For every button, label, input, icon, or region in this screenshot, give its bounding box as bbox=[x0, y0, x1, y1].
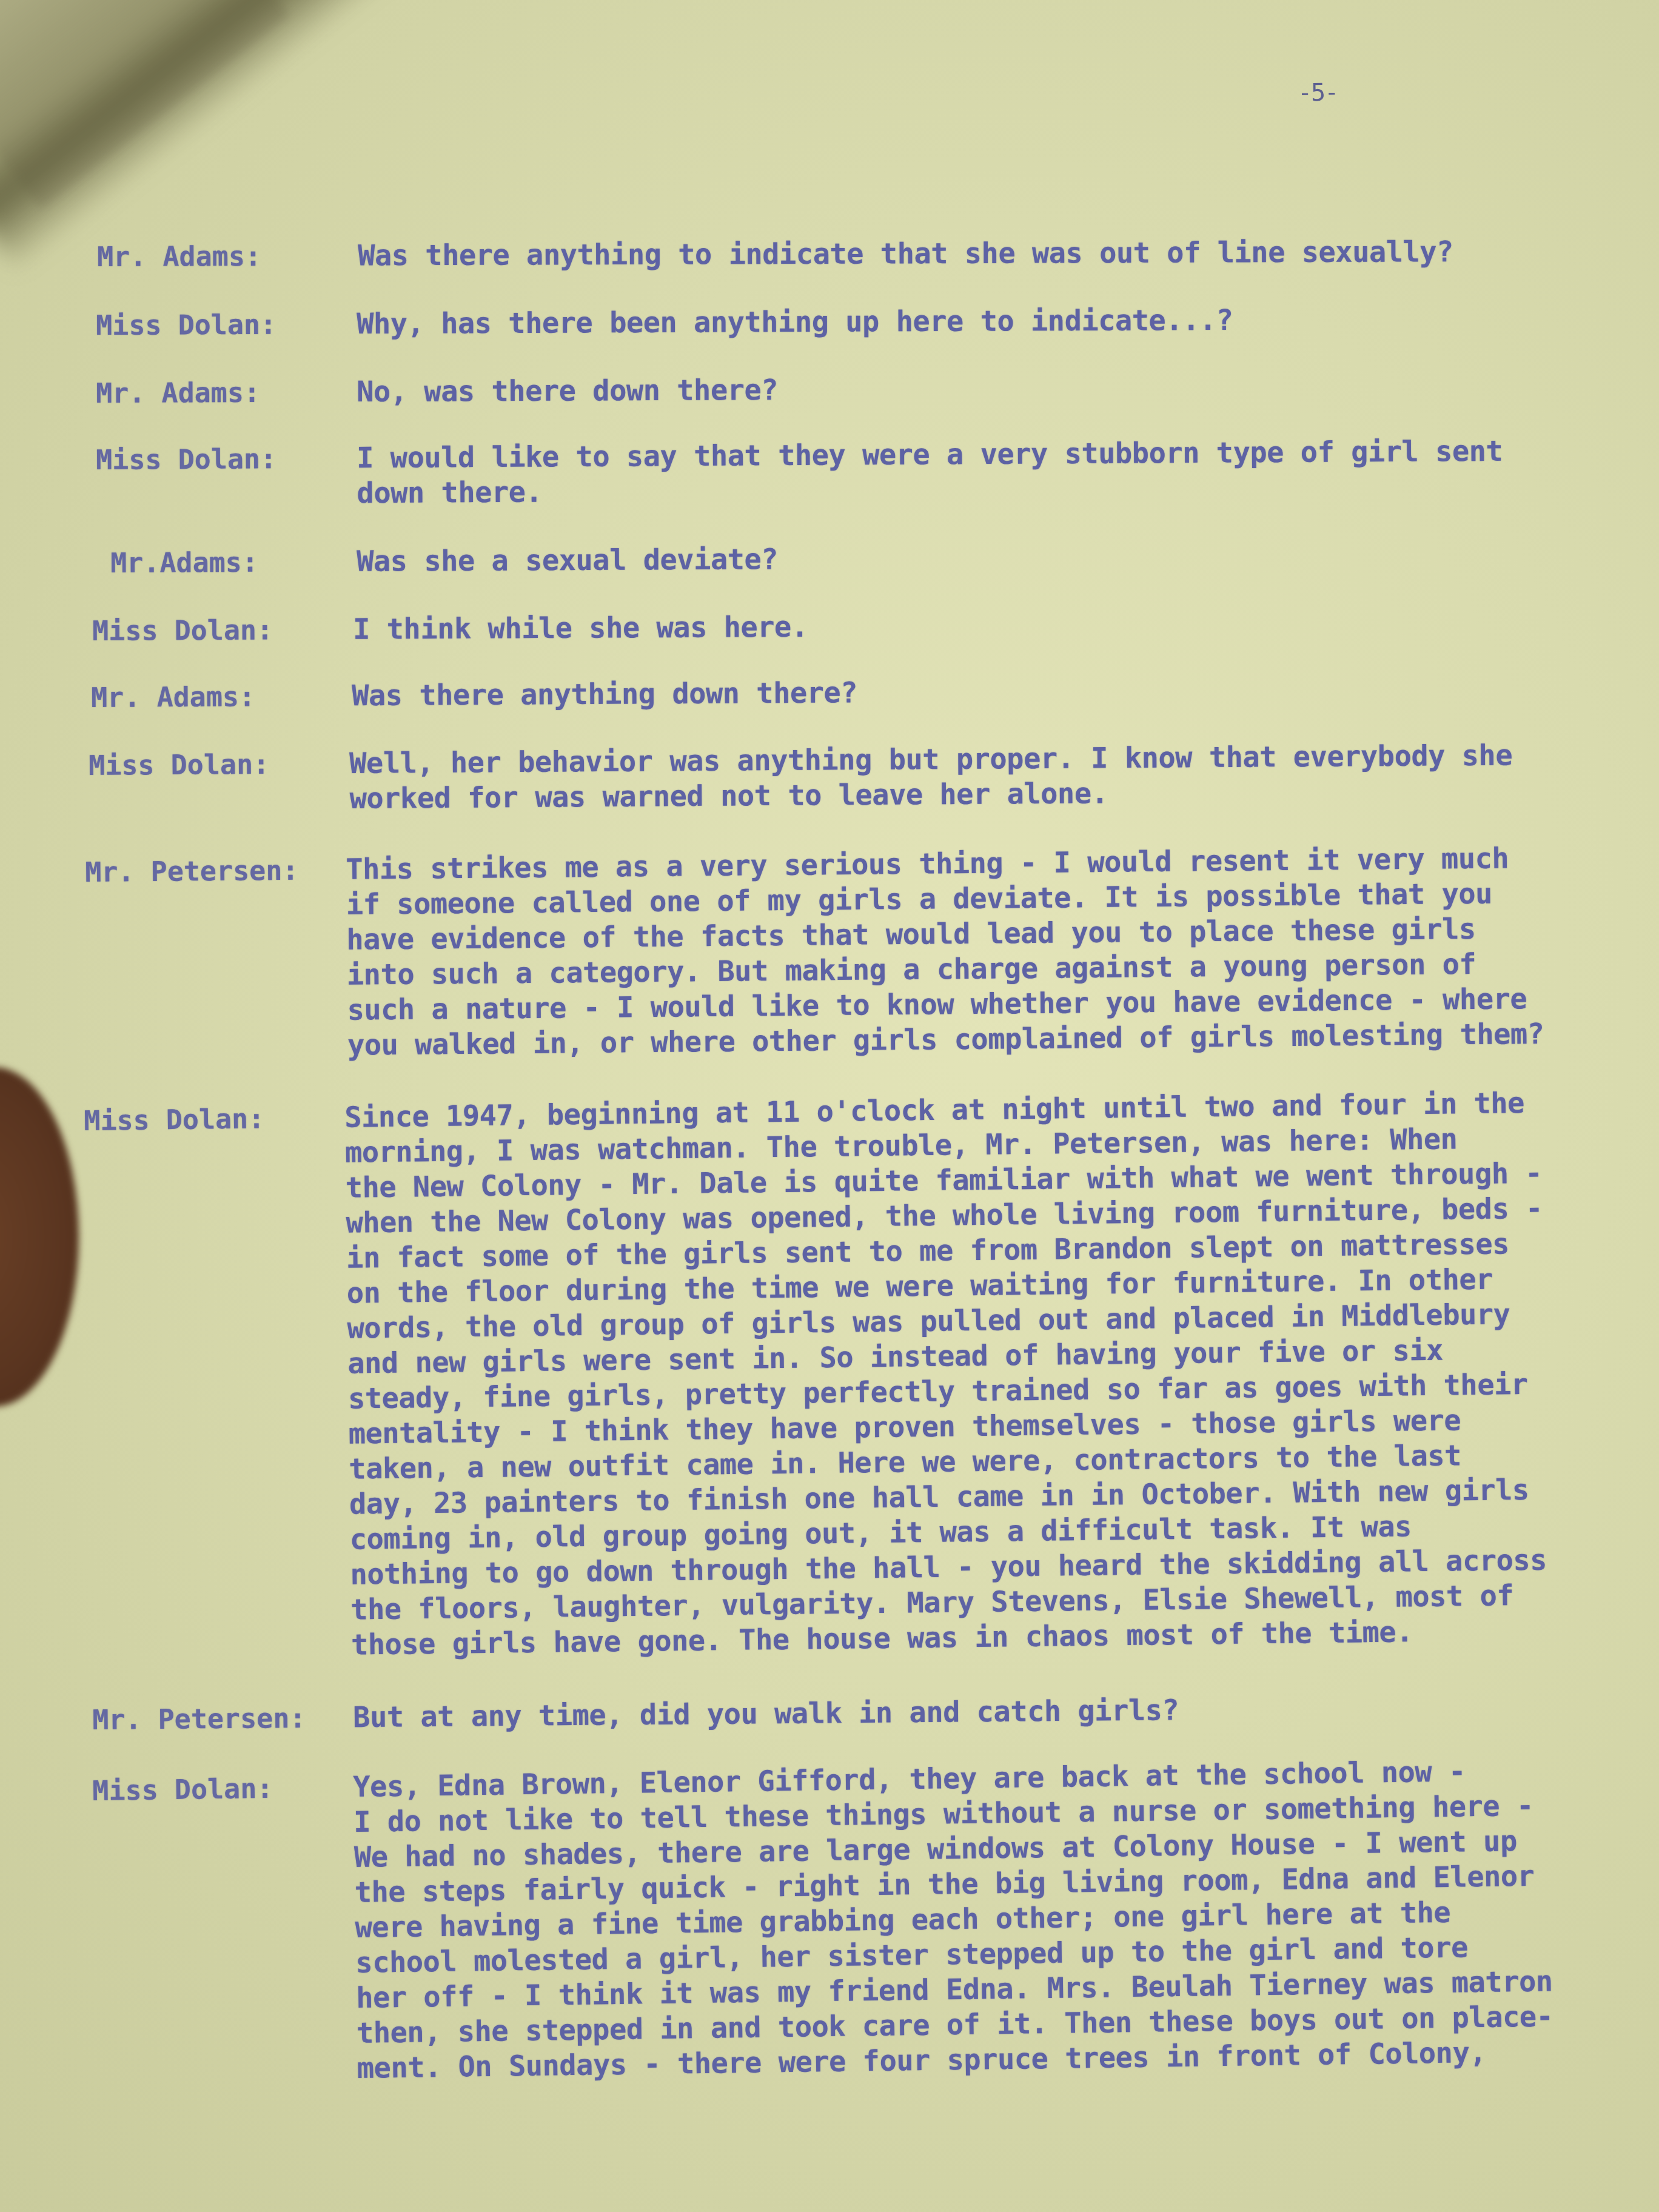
transcript-entry: Miss Dolan: Well, her behavior was anyth… bbox=[89, 737, 1623, 819]
speaker-label: Mr.Adams: bbox=[110, 545, 357, 581]
speaker-label: Mr. Adams: bbox=[91, 679, 352, 716]
speech-text: Well, her behavior was anything but prop… bbox=[349, 737, 1623, 817]
speaker-label: Miss Dolan: bbox=[96, 441, 357, 513]
transcript-entry: Miss Dolan: Why, has there been anything… bbox=[96, 301, 1630, 343]
speaker-label: Mr. Petersen: bbox=[92, 1700, 353, 1738]
speech-text: Was she a sexual deviate? bbox=[357, 538, 1630, 580]
speaker-label: Miss Dolan: bbox=[92, 1770, 357, 2090]
speech-text: I think while she was here. bbox=[353, 606, 1626, 648]
transcript-entry: Mr. Adams: Was there anything to indicat… bbox=[97, 234, 1631, 275]
transcript-entry: Mr. Petersen: This strikes me as a very … bbox=[85, 840, 1621, 1066]
speech-text: I would like to say that they were a ver… bbox=[357, 434, 1631, 512]
transcript-entry: Miss Dolan: Yes, Edna Brown, Elenor Giff… bbox=[92, 1752, 1631, 2090]
speaker-label: Mr. Adams: bbox=[96, 375, 357, 411]
speech-text: Yes, Edna Brown, Elenor Gifford, they ar… bbox=[353, 1752, 1631, 2086]
speech-text: Why, has there been anything up here to … bbox=[357, 301, 1630, 342]
speaker-label: Miss Dolan: bbox=[84, 1101, 351, 1666]
speech-text: This strikes me as a very serious thing … bbox=[346, 840, 1621, 1064]
speech-text: Was there anything to indicate that she … bbox=[358, 234, 1631, 273]
transcript-entry: Miss Dolan: Since 1947, beginning at 11 … bbox=[84, 1085, 1624, 1666]
speaker-label: Miss Dolan: bbox=[89, 746, 350, 819]
speaker-label: Miss Dolan: bbox=[92, 612, 353, 649]
speaker-label: Mr. Petersen: bbox=[85, 853, 347, 1066]
transcript-entry: Mr. Adams: No, was there down there? bbox=[96, 369, 1630, 411]
page-number: -5- bbox=[1298, 78, 1338, 107]
speaker-label: Miss Dolan: bbox=[96, 307, 357, 343]
transcript-entry: Miss Dolan: I would like to say that the… bbox=[96, 434, 1631, 513]
speech-text: No, was there down there? bbox=[357, 369, 1630, 410]
speech-text: Since 1947, beginning at 11 o'clock at n… bbox=[344, 1085, 1624, 1663]
speaker-label: Mr. Adams: bbox=[97, 238, 358, 275]
